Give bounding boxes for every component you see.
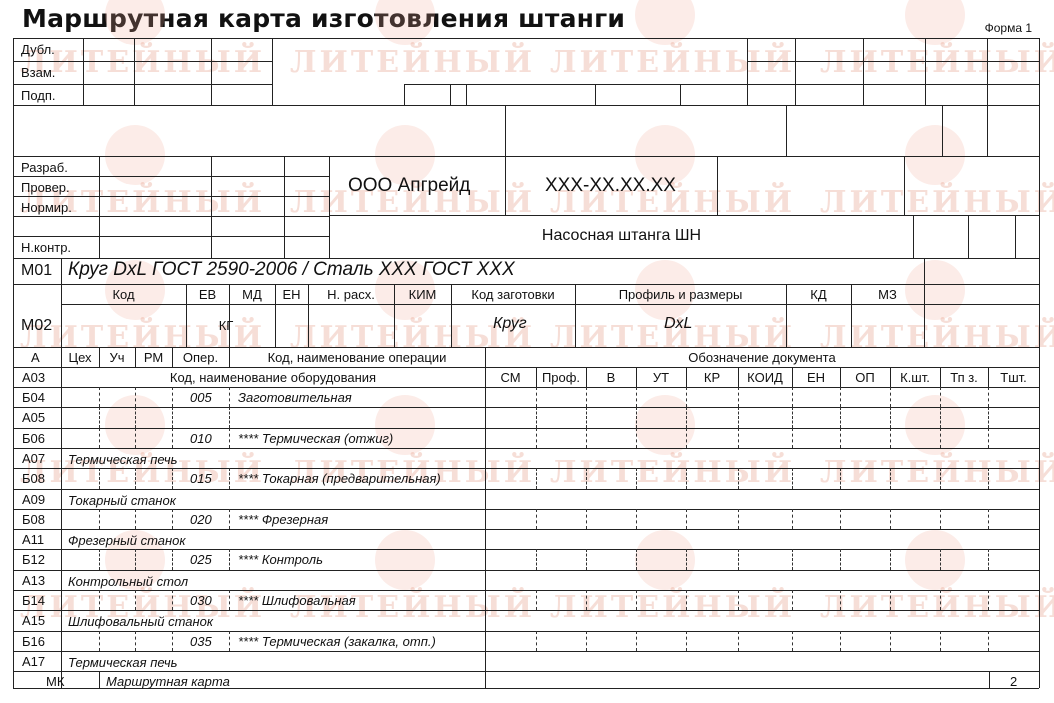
dashed-divider [686,631,687,651]
dashed-divider [738,631,739,651]
grid-line [786,105,787,156]
dashed-divider [890,428,891,448]
ev-value: КГ [186,318,266,334]
dashed-divider [738,549,739,570]
grid-line [61,304,1039,305]
dashed-divider [135,407,136,428]
material-col-header: Код [61,287,186,303]
dashed-divider [890,631,891,651]
dashed-divider [135,549,136,570]
dashed-divider [940,387,941,407]
dashed-divider [738,468,739,489]
grid-line [99,671,100,688]
norm-col-header: КР [686,370,738,386]
dashed-divider [988,468,989,489]
ops-col-header: Уч [99,350,135,366]
dashed-divider [135,631,136,651]
dashed-divider [229,428,230,448]
label-vzam: Взам. [21,65,55,81]
grid-line [186,284,187,347]
dashed-divider [586,428,587,448]
dashed-divider [738,428,739,448]
dashed-divider [172,428,173,448]
operation-name: **** Контроль [238,552,323,568]
dashed-divider [738,509,739,529]
dashed-divider [940,468,941,489]
dashed-divider [586,631,587,651]
grid-line [13,631,1039,632]
dashed-divider [890,387,891,407]
grid-line [595,84,596,105]
grid-line [13,61,272,62]
dashed-divider [586,549,587,570]
grid-line [13,671,1039,672]
grid-line [211,156,212,258]
grid-line [13,549,1039,550]
dashed-divider [229,631,230,651]
grid-line [575,284,576,347]
dashed-divider [99,549,100,570]
dashed-divider [686,509,687,529]
row-code: А13 [22,573,45,589]
grid-line [987,38,988,105]
operation-number: 015 [190,471,212,487]
grid-line [13,176,329,177]
dashed-divider [890,407,891,428]
operation-number: 030 [190,593,212,609]
dashed-divider [172,590,173,610]
grid-line [795,38,796,105]
dashed-divider [135,590,136,610]
operation-number: 010 [190,431,212,447]
grid-line [904,156,905,215]
dashed-divider [586,407,587,428]
ops-col-header: Цех [61,350,99,366]
dashed-divider [229,549,230,570]
grid-line [61,284,62,347]
dashed-divider [172,387,173,407]
norm-col-header: ЕН [792,370,840,386]
label-prover: Провер. [21,180,70,196]
dashed-divider [536,509,537,529]
dashed-divider [890,590,891,610]
label-razrab: Разраб. [21,160,68,176]
dashed-divider [738,407,739,428]
grid-line [451,284,452,347]
dashed-divider [940,549,941,570]
grid-line [13,84,272,85]
dashed-divider [792,407,793,428]
row-code: А11 [22,532,44,548]
operation-number: 035 [190,634,212,650]
grid-line [851,284,852,347]
label-nkontr: Н.контр. [21,240,71,256]
row-code: Б08 [22,512,45,528]
grid-line [1039,38,1040,688]
label-normir: Нормир. [21,200,72,216]
dashed-divider [586,387,587,407]
profile-size: DxL [664,316,692,332]
dashed-divider [890,509,891,529]
ops-col-header: Опер. [172,350,229,366]
grid-line [13,529,1039,530]
dashed-divider [988,549,989,570]
dashed-divider [840,509,841,529]
dashed-divider [686,428,687,448]
grid-line [13,590,1039,591]
dashed-divider [636,590,637,610]
dashed-divider [536,549,537,570]
grid-line [989,671,990,688]
dashed-divider [172,407,173,428]
row-code: Б04 [22,390,45,406]
dashed-divider [536,590,537,610]
dashed-divider [172,468,173,489]
dashed-divider [840,549,841,570]
label-podp: Подп. [21,88,56,104]
grid-line [134,38,135,105]
grid-line [13,428,1039,429]
grid-line [717,156,718,215]
row-code: А17 [22,654,45,670]
material-col-header: Код заготовки [451,287,575,303]
equipment-name: Фрезерный станок [68,533,186,549]
row-code-m01: М01 [21,263,52,279]
grid-line [13,284,1039,285]
dashed-divider [738,590,739,610]
dashed-divider [229,407,230,428]
dashed-divider [172,631,173,651]
dashed-divider [686,387,687,407]
dashed-divider [135,428,136,448]
grid-line [786,284,787,347]
grid-line [13,367,1039,368]
grid-line [13,448,1039,449]
dashed-divider [99,468,100,489]
dashed-divider [686,590,687,610]
dashed-divider [988,590,989,610]
material-col-header: Профиль и размеры [575,287,786,303]
grid-line [99,156,100,258]
row-code: Б08 [22,471,45,487]
material-description: Круг DxL ГОСТ 2590-2006 / Сталь XXX ГОСТ… [68,262,515,278]
dashed-divider [940,509,941,529]
equipment-name: Токарный станок [68,493,176,509]
dashed-divider [586,468,587,489]
dashed-divider [536,631,537,651]
grid-line [466,84,467,105]
dashed-divider [636,407,637,428]
grid-line [13,509,1039,510]
dashed-divider [940,631,941,651]
row-code: Б16 [22,634,45,650]
ops-col-header: Код, наименование операции [229,350,485,366]
blank-code: Круг [493,316,527,332]
document-code: XXX-XX.XX.XX [545,178,676,194]
dashed-divider [988,387,989,407]
dashed-divider [792,468,793,489]
dashed-divider [940,428,941,448]
grid-line [394,284,395,347]
ops-col-header: РМ [135,350,172,366]
dashed-divider [229,509,230,529]
dashed-divider [988,407,989,428]
grid-line [1015,215,1016,258]
norm-col-header: Тшт. [988,370,1039,386]
dashed-divider [686,407,687,428]
dashed-divider [686,549,687,570]
grid-line [404,84,1039,85]
equipment-name: Контрольный стол [68,574,188,590]
grid-line [83,38,84,105]
grid-line [13,156,1039,157]
dashed-divider [99,407,100,428]
dashed-divider [840,590,841,610]
dashed-divider [99,590,100,610]
row-code: Б14 [22,593,45,609]
dashed-divider [229,590,230,610]
grid-line [13,196,329,197]
dashed-divider [792,590,793,610]
dashed-divider [586,509,587,529]
col-a03: А03 [22,370,45,386]
row-code: А15 [22,613,45,629]
material-col-header: МД [229,287,275,303]
dashed-divider [99,387,100,407]
dashed-divider [172,549,173,570]
grid-line [913,215,914,258]
grid-line [13,407,1039,408]
dashed-divider [988,631,989,651]
dashed-divider [792,387,793,407]
grid-line [680,84,681,105]
norm-col-header: Проф. [536,370,586,386]
dashed-divider [135,387,136,407]
operation-name: **** Токарная (предварительная) [238,471,441,487]
grid-line [863,38,864,105]
grid-line [942,105,943,156]
grid-line [505,105,506,215]
grid-line [450,84,451,105]
dashed-divider [99,428,100,448]
row-code: А07 [22,451,45,467]
norm-col-header: УТ [636,370,686,386]
grid-line [229,284,230,347]
norm-col-header: СМ [485,370,536,386]
dashed-divider [99,509,100,529]
part-name: Насосная штанга ШН [330,228,913,244]
grid-line [13,347,1039,348]
dashed-divider [229,387,230,407]
dashed-divider [686,468,687,489]
grid-line [968,215,969,258]
grid-line [61,367,62,688]
operation-number: 020 [190,512,212,528]
dashed-divider [536,387,537,407]
operation-name: **** Термическая (закалка, отп.) [238,634,436,650]
material-col-header: КД [786,287,851,303]
grid-line [13,651,1039,652]
grid-line [13,610,1039,611]
operation-name: **** Термическая (отжиг) [238,431,393,447]
page-number: 2 [1010,674,1017,690]
organization-name: ООО Апгрейд [348,178,470,194]
grid-line [284,156,285,258]
material-col-header: ЕН [275,287,308,303]
dashed-divider [536,428,537,448]
dashed-divider [636,428,637,448]
dashed-divider [988,509,989,529]
grid-line [211,38,212,105]
label-dubl: Дубл. [21,42,55,58]
grid-line [13,387,1039,388]
material-col-header: ЕВ [186,287,229,303]
operation-name: **** Фрезерная [238,512,328,528]
grid-line [272,38,273,105]
dashed-divider [940,590,941,610]
operation-name: Заготовительная [238,390,352,406]
dashed-divider [135,468,136,489]
dashed-divider [135,509,136,529]
norm-col-header: ОП [840,370,890,386]
dashed-divider [586,590,587,610]
col-a: А [31,350,40,366]
dashed-divider [636,631,637,651]
dashed-divider [890,549,891,570]
dashed-divider [536,468,537,489]
grid-line [13,468,1039,469]
dashed-divider [792,549,793,570]
material-col-header: КИМ [394,287,451,303]
grid-line [987,105,988,156]
grid-line [404,84,405,105]
operation-name: **** Шлифовальная [238,593,356,609]
dashed-divider [840,428,841,448]
grid-line [485,347,486,688]
norm-col-header: КОИД [738,370,792,386]
dashed-divider [890,468,891,489]
dashed-divider [840,631,841,651]
equipment-name: Термическая печь [68,452,177,468]
row-code: Б06 [22,431,45,447]
footer-name: Маршрутная карта [106,674,230,690]
dashed-divider [840,407,841,428]
equipment-header: Код, наименование оборудования [61,370,485,386]
material-col-header: МЗ [851,287,924,303]
grid-line [924,284,925,347]
dashed-divider [940,407,941,428]
grid-line [13,105,1039,106]
material-col-header: Н. расх. [308,287,394,303]
dashed-divider [536,407,537,428]
dashed-divider [792,509,793,529]
dashed-divider [840,387,841,407]
dashed-divider [636,509,637,529]
dashed-divider [840,468,841,489]
dashed-divider [792,428,793,448]
row-code: А09 [22,492,45,508]
norm-col-header: Тп з. [940,370,988,386]
row-code: Б12 [22,552,45,568]
doc-designation-header: Обозначение документа [485,350,1039,366]
route-card-grid: Дубл.Взам.Подп.Разраб.Провер.Нормир.Н.ко… [0,0,1054,703]
dashed-divider [99,631,100,651]
footer-code: МК [46,674,64,690]
grid-line [13,236,329,237]
row-code-m02: М02 [21,318,52,334]
norm-col-header: В [586,370,636,386]
dashed-divider [636,387,637,407]
dashed-divider [172,509,173,529]
grid-line [747,61,1039,62]
row-code: А05 [22,410,45,426]
grid-line [747,38,748,105]
equipment-name: Термическая печь [68,655,177,671]
dashed-divider [229,468,230,489]
grid-line [329,215,1039,216]
grid-line [13,570,1039,571]
grid-line [275,284,276,347]
grid-line [13,216,329,217]
grid-line [13,489,1039,490]
operation-number: 005 [190,390,212,406]
grid-line [13,38,1039,39]
dashed-divider [988,428,989,448]
dashed-divider [738,387,739,407]
dashed-divider [636,468,637,489]
grid-line [308,284,309,347]
equipment-name: Шлифовальный станок [68,614,213,630]
grid-line [925,38,926,105]
dashed-divider [636,549,637,570]
dashed-divider [792,631,793,651]
norm-col-header: К.шт. [890,370,940,386]
operation-number: 025 [190,552,212,568]
